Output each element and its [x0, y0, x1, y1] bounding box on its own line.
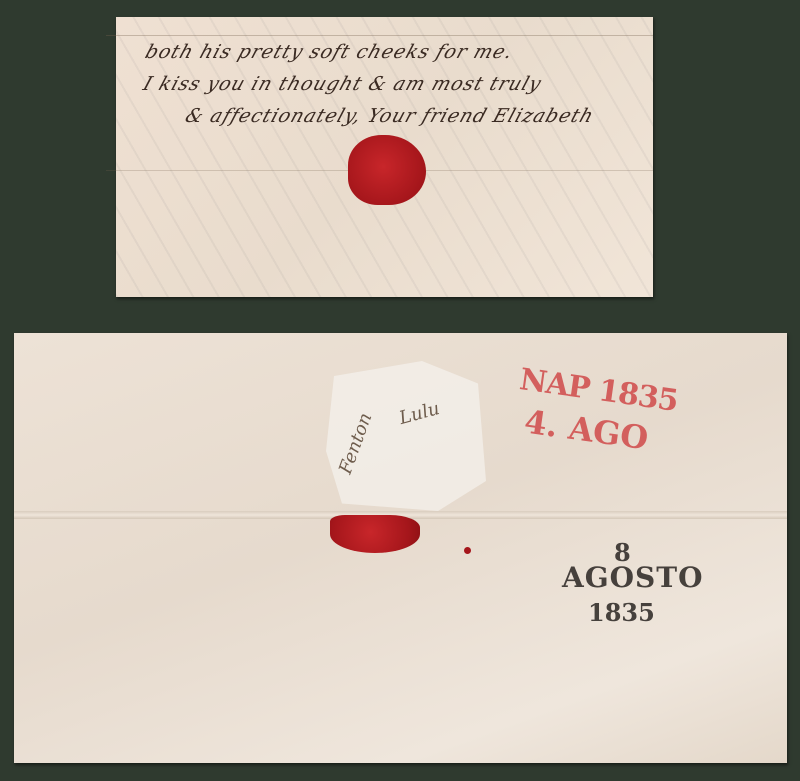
- wax-seal: [348, 135, 426, 205]
- wax-drop: [464, 547, 471, 554]
- arrival-postmark-month: AGOSTO: [562, 561, 703, 594]
- wax-seal: [330, 515, 420, 553]
- handwriting-line: both his pretty soft cheeks for me.: [142, 41, 516, 63]
- handwriting-line: & affectionately, Your friend Elizabeth: [182, 105, 597, 127]
- arrival-postmark-year: 1835: [588, 598, 655, 627]
- top-letter: both his pretty soft cheeks for me. I ki…: [116, 17, 653, 297]
- handwriting-line: I kiss you in thought & am most truly: [140, 73, 544, 95]
- bottom-letter: Fenton Lulu NAP 1835 4. AGO 8 AGOSTO 183…: [14, 333, 787, 763]
